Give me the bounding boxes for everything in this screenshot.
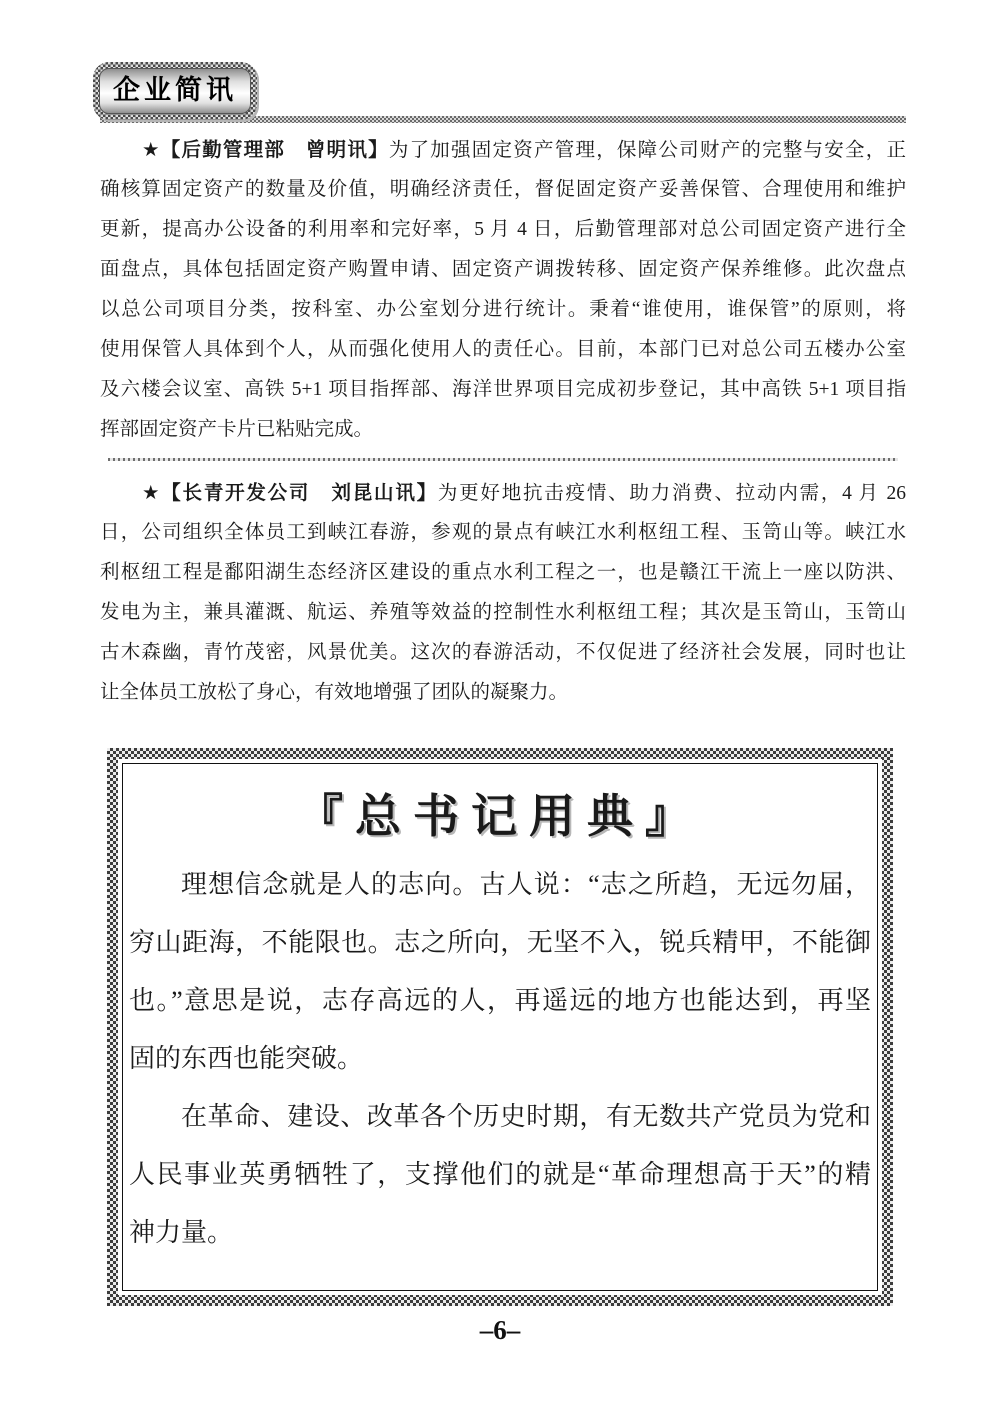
text-line: 理想信念就是人的志向。古人说：“志之所趋，无远勿届， — [129, 856, 871, 914]
text-line: 穷山距海，不能限也。志之所向，无坚不入，锐兵精甲，不能御 — [129, 914, 871, 972]
text-line: 神力量。 — [129, 1204, 871, 1262]
section-badge-label: 企业简讯 — [113, 75, 237, 105]
text-line: ★【长青开发公司 刘昆山讯】为更好地抗击疫情、助力消费、拉动内需，4 月 26 — [100, 473, 906, 513]
text-line: 使用保管人具体到个人，从而强化使用人的责任心。目前，本部门已对总公司五楼办公室 — [100, 330, 906, 370]
section-badge: 企业简讯 — [93, 62, 257, 120]
quote-paragraph-2: 在革命、建设、改革各个历史时期，有无数共产党员为党和 人民事业英勇牺牲了，支撑他… — [129, 1088, 871, 1262]
text-line: 固的东西也能突破。 — [129, 1030, 871, 1088]
text-line: 在革命、建设、改革各个历史时期，有无数共产党员为党和 — [129, 1088, 871, 1146]
text-line: 古木森幽，青竹茂密，风景优美。这次的春游活动，不仅促进了经济社会发展，同时也让 — [100, 633, 906, 673]
news-text: 为更好地抗击疫情、助力消费、拉动内需，4 月 26 — [438, 483, 906, 504]
section-badge-face: 企业简讯 — [99, 68, 251, 114]
text-line: ★【后勤管理部 曾明讯】为了加强固定资产管理，保障公司财产的完整与安全，正 — [100, 130, 906, 170]
text-line: 面盘点，具体包括固定资产购置申请、固定资产调拨转移、固定资产保养维修。此次盘点 — [100, 250, 906, 290]
text-line: 挥部固定资产卡片已粘贴完成。 — [100, 410, 906, 450]
quote-box-frame: 『总书记用典』 理想信念就是人的志向。古人说：“志之所趋，无远勿届， 穷山距海，… — [107, 748, 893, 1306]
news-lead: ★【后勤管理部 曾明讯】 — [142, 139, 389, 161]
quote-box: 『总书记用典』 理想信念就是人的志向。古人说：“志之所趋，无远勿届， 穷山距海，… — [122, 763, 878, 1291]
quote-paragraph-1: 理想信念就是人的志向。古人说：“志之所趋，无远勿届， 穷山距海，不能限也。志之所… — [129, 856, 871, 1088]
text-line: 让全体员工放松了身心，有效地增强了团队的凝聚力。 — [100, 673, 906, 713]
text-line: 更新，提高办公设备的利用率和完好率，5 月 4 日，后勤管理部对总公司固定资产进… — [100, 210, 906, 250]
text-line: 人民事业英勇牺牲了，支撑他们的就是“革命理想高于天”的精 — [129, 1146, 871, 1204]
page-number: –6– — [0, 1313, 1000, 1348]
text-line: 发电为主，兼具灌溉、航运、养殖等效益的控制性水利枢纽工程；其次是玉笥山，玉笥山 — [100, 593, 906, 633]
news-item-logistics: ★【后勤管理部 曾明讯】为了加强固定资产管理，保障公司财产的完整与安全，正 确核… — [100, 130, 906, 450]
section-divider — [108, 458, 898, 461]
text-line: 利枢纽工程是鄱阳湖生态经济区建设的重点水利工程之一，也是赣江干流上一座以防洪、 — [100, 553, 906, 593]
quote-box-title: 『总书记用典』 — [129, 791, 871, 843]
text-line: 及六楼会议室、高铁 5+1 项目指挥部、海洋世界项目完成初步登记，其中高铁 5+… — [100, 370, 906, 410]
news-text: 为了加强固定资产管理，保障公司财产的完整与安全，正 — [389, 140, 906, 161]
news-lead: ★【长青开发公司 刘昆山讯】 — [142, 482, 438, 504]
text-line: 以总公司项目分类，按科室、办公室划分进行统计。秉着“谁使用，谁保管”的原则，将 — [100, 290, 906, 330]
text-line: 也。”意思是说，志存高远的人，再遥远的地方也能达到，再坚 — [129, 972, 871, 1030]
text-line: 日，公司组织全体员工到峡江春游，参观的景点有峡江水利枢纽工程、玉笥山等。峡江水 — [100, 513, 906, 553]
text-line: 确核算固定资产的数量及价值，明确经济责任，督促固定资产妥善保管、合理使用和维护 — [100, 170, 906, 210]
newsletter-page: 企业简讯 ★【后勤管理部 曾明讯】为了加强固定资产管理，保障公司财产的完整与安全… — [0, 0, 1000, 1414]
news-item-changqing: ★【长青开发公司 刘昆山讯】为更好地抗击疫情、助力消费、拉动内需，4 月 26 … — [100, 473, 906, 713]
